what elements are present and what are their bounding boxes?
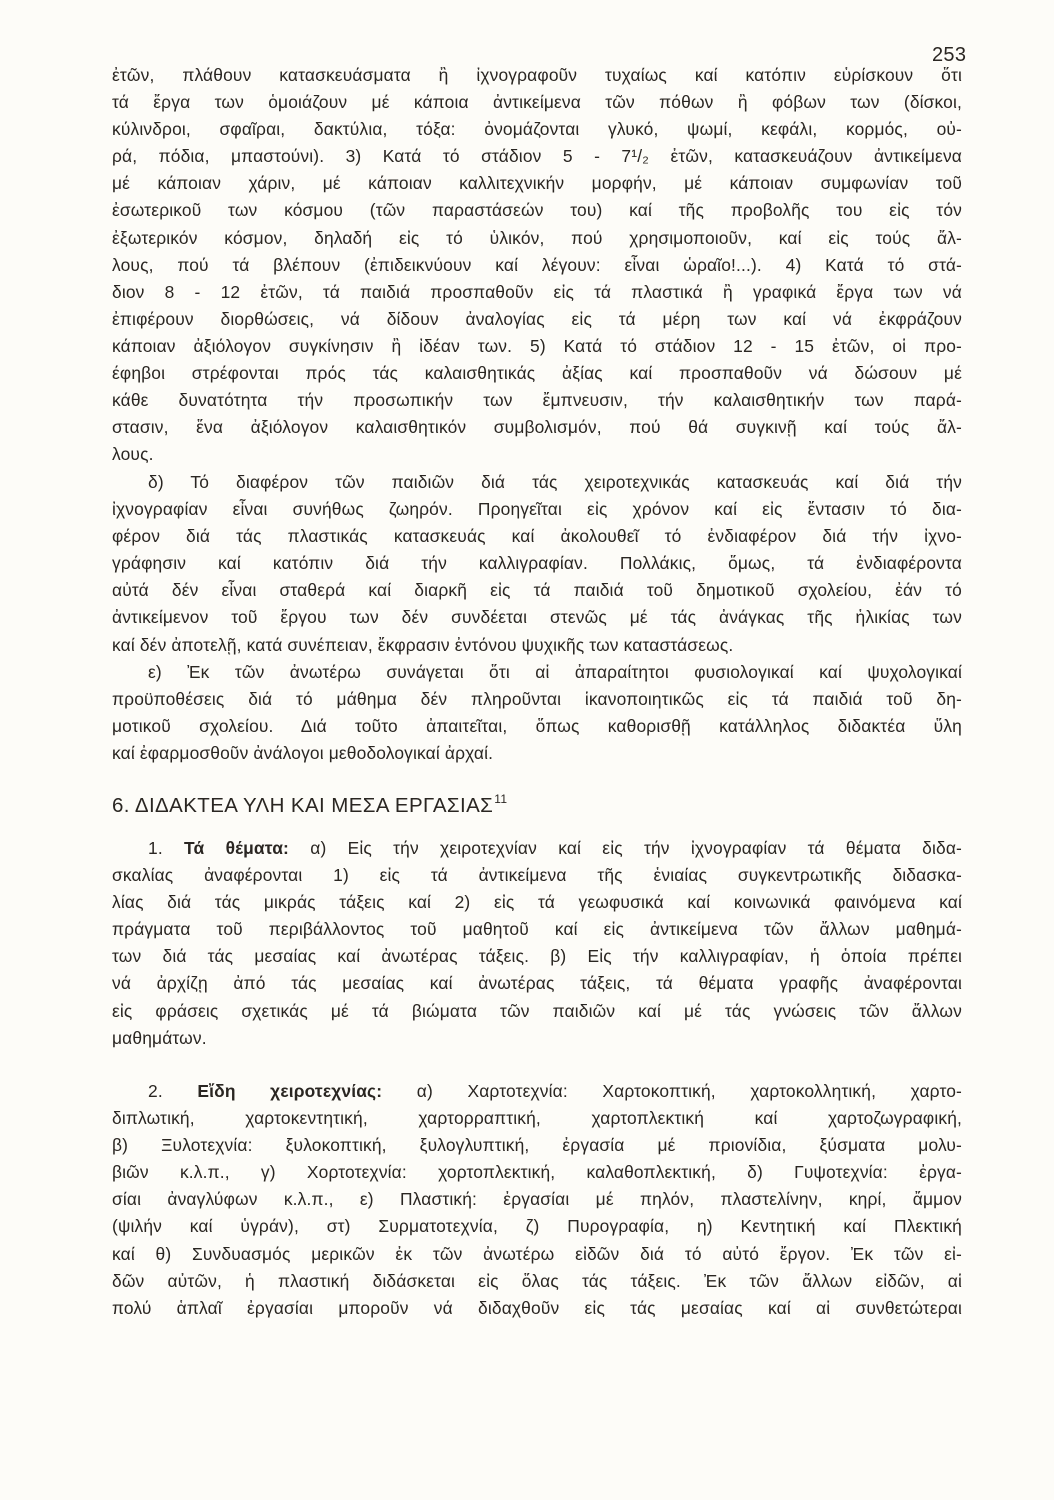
item-title: Εἴδη χειροτεχνίας: (197, 1081, 382, 1101)
text-line: διον 8 - 12 ἐτῶν, τά παιδιά προσπαθοῦν ε… (112, 279, 962, 306)
item-title: Τά θέματα: (184, 838, 289, 858)
text-line: σίαι ἀναγλύφων κ.λ.π., ε) Πλαστική: ἐργα… (112, 1186, 962, 1213)
paragraph-epsilon: ε) Ἐκ τῶν ἀνωτέρω συνάγεται ὅτι αἱ ἀπαρα… (112, 659, 962, 767)
footnote-reference: 11 (494, 792, 507, 806)
text-line: γράφησιν καί κατόπιν διά τήν καλλιγραφία… (112, 550, 962, 577)
item-number: 1. (148, 838, 163, 858)
text-line: δῶν αὐτῶν, ἡ πλαστική διδάσκεται εἰς ὅλα… (112, 1268, 962, 1295)
text-line: ἐπιφέρουν διορθώσεις, νά δίδουν ἀναλογία… (112, 306, 962, 333)
paragraph-topics: 1. Τά θέματα: α) Εἰς τήν χειροτεχνίαν κα… (112, 835, 962, 1052)
text-line: ε) Ἐκ τῶν ἀνωτέρω συνάγεται ὅτι αἱ ἀπαρα… (112, 659, 962, 686)
text-line: πράγματα τοῦ περιβάλλοντος τοῦ μαθητοῦ κ… (112, 916, 962, 943)
text-line: των διά τάς μεσαίας καί ἀνωτέρας τάξεις.… (112, 943, 962, 970)
section-heading: 6. ΔΙΔΑΚΤΕΑ ΥΛΗ ΚΑΙ ΜΕΣΑ ΕΡΓΑΣΙΑΣ11 (112, 792, 508, 818)
text-line: λίας διά τάς μικράς τάξεις καί 2) εἰς τά… (112, 889, 962, 916)
text-line: έφηβοι στρέφονται πρός τάς καλαισθητικάς… (112, 360, 962, 387)
text-line: ἐξωτερικόν κόσμον, δηλαδή εἰς τό ὑλικόν,… (112, 225, 962, 252)
text-line: βιῶν κ.λ.π., γ) Χορτοτεχνία: χορτοπλεκτι… (112, 1159, 962, 1186)
text-line: καί ἐφαρμοσθοῦν ἀνάλογοι μεθοδολογικαί ἀ… (112, 740, 962, 767)
text-line: φέρον διά τάς πλαστικάς κατασκευάς καί ἀ… (112, 523, 962, 550)
text-line: αὐτά δέν εἶναι σταθερά καί διαρκῆ εἰς τά… (112, 577, 962, 604)
item-number: 2. (148, 1081, 163, 1101)
text-line: εἰς φράσεις σχετικάς μέ τά βιώματα τῶν π… (112, 998, 962, 1025)
text-line: σκαλίας ἀναφέρονται 1) εἰς τά ἀντικείμεν… (112, 862, 962, 889)
section-heading-text: 6. ΔΙΔΑΚΤΕΑ ΥΛΗ ΚΑΙ ΜΕΣΑ ΕΡΓΑΣΙΑΣ (112, 794, 493, 817)
item-first-line: α) Χαρτοτεχνία: Χαρτοκοπτική, χαρτοκολλη… (417, 1081, 962, 1101)
text-line: νά ἀρχίζῃ ἀπό τάς μεσαίας καί ἀνωτέρας τ… (112, 970, 962, 997)
text-line: λους. (112, 441, 962, 468)
text-line: μαθημάτων. (112, 1025, 962, 1052)
text-line: κύλινδροι, σφαῖραι, δακτύλια, τόξα: ὀνομ… (112, 116, 962, 143)
text-line: κάθε δυνατότητα τήν προσωπικήν των ἔμπνε… (112, 387, 962, 414)
text-line: στασιν, ἕνα ἀξιόλογον καλαισθητικόν συμβ… (112, 414, 962, 441)
text-line: β) Ξυλοτεχνία: ξυλοκοπτική, ξυλογλυπτική… (112, 1132, 962, 1159)
text-line: τά ἔργα των ὁμοιάζουν μέ κάποια ἀντικείμ… (112, 89, 962, 116)
paragraph-stages: ἐτῶν, πλάθουν κατασκευάσματα ἢ ἰχνογραφο… (112, 62, 962, 468)
text-line: μοτικοῦ σχολείου. Διά τοῦτο ἀπαιτεῖται, … (112, 713, 962, 740)
text-line: ρά, πόδια, μπαστούνι). 3) Κατά τό στάδιο… (112, 143, 962, 170)
item-first-line: α) Εἰς τήν χειροτεχνίαν καί εἰς τήν ἰχνο… (310, 838, 962, 858)
paragraph-delta: δ) Τό διαφέρον τῶν παιδιῶν διά τάς χειρο… (112, 469, 962, 659)
text-line: λους, πού τά βλέπουν (ἐπιδεικνύουν καί λ… (112, 252, 962, 279)
text-line: ἰχνογραφίαν εἶναι συνήθως ζωηρόν. Προηγε… (112, 496, 962, 523)
text-line: προϋποθέσεις διά τό μάθημα δέν πληροῦντα… (112, 686, 962, 713)
text-line: 1. Τά θέματα: α) Εἰς τήν χειροτεχνίαν κα… (112, 835, 962, 862)
text-line: (ψιλήν καί ὑγράν), στ) Συρματοτεχνία, ζ)… (112, 1213, 962, 1240)
text-line: διπλωτική, χαρτοκεντητική, χαρτορραπτική… (112, 1105, 962, 1132)
text-line: κάποιαν ἀξιόλογον συγκίνησιν ἢ ἰδέαν των… (112, 333, 962, 360)
text-line: ἀντικείμενον τοῦ ἔργου των δέν συνδέεται… (112, 604, 962, 631)
text-line: πολύ ἁπλαῖ ἐργασίαι μποροῦν νά διδαχθοῦν… (112, 1295, 962, 1322)
text-line: μέ κάποιαν χάριν, μέ κάποιαν καλλιτεχνικ… (112, 170, 962, 197)
text-line: 2. Εἴδη χειροτεχνίας: α) Χαρτοτεχνία: Χα… (112, 1078, 962, 1105)
text-line: δ) Τό διαφέρον τῶν παιδιῶν διά τάς χειρο… (112, 469, 962, 496)
text-line: καί θ) Συνδυασμός μερικῶν ἐκ τῶν ἀνωτέρω… (112, 1241, 962, 1268)
paragraph-craft-types: 2. Εἴδη χειροτεχνίας: α) Χαρτοτεχνία: Χα… (112, 1078, 962, 1322)
text-line: ἐτῶν, πλάθουν κατασκευάσματα ἢ ἰχνογραφο… (112, 62, 962, 89)
text-line: καί δέν ἀποτελῇ, κατά συνέπειαν, ἔκφρασι… (112, 632, 962, 659)
text-line: ἐσωτερικοῦ των κόσμου (τῶν παραστάσεών τ… (112, 197, 962, 224)
